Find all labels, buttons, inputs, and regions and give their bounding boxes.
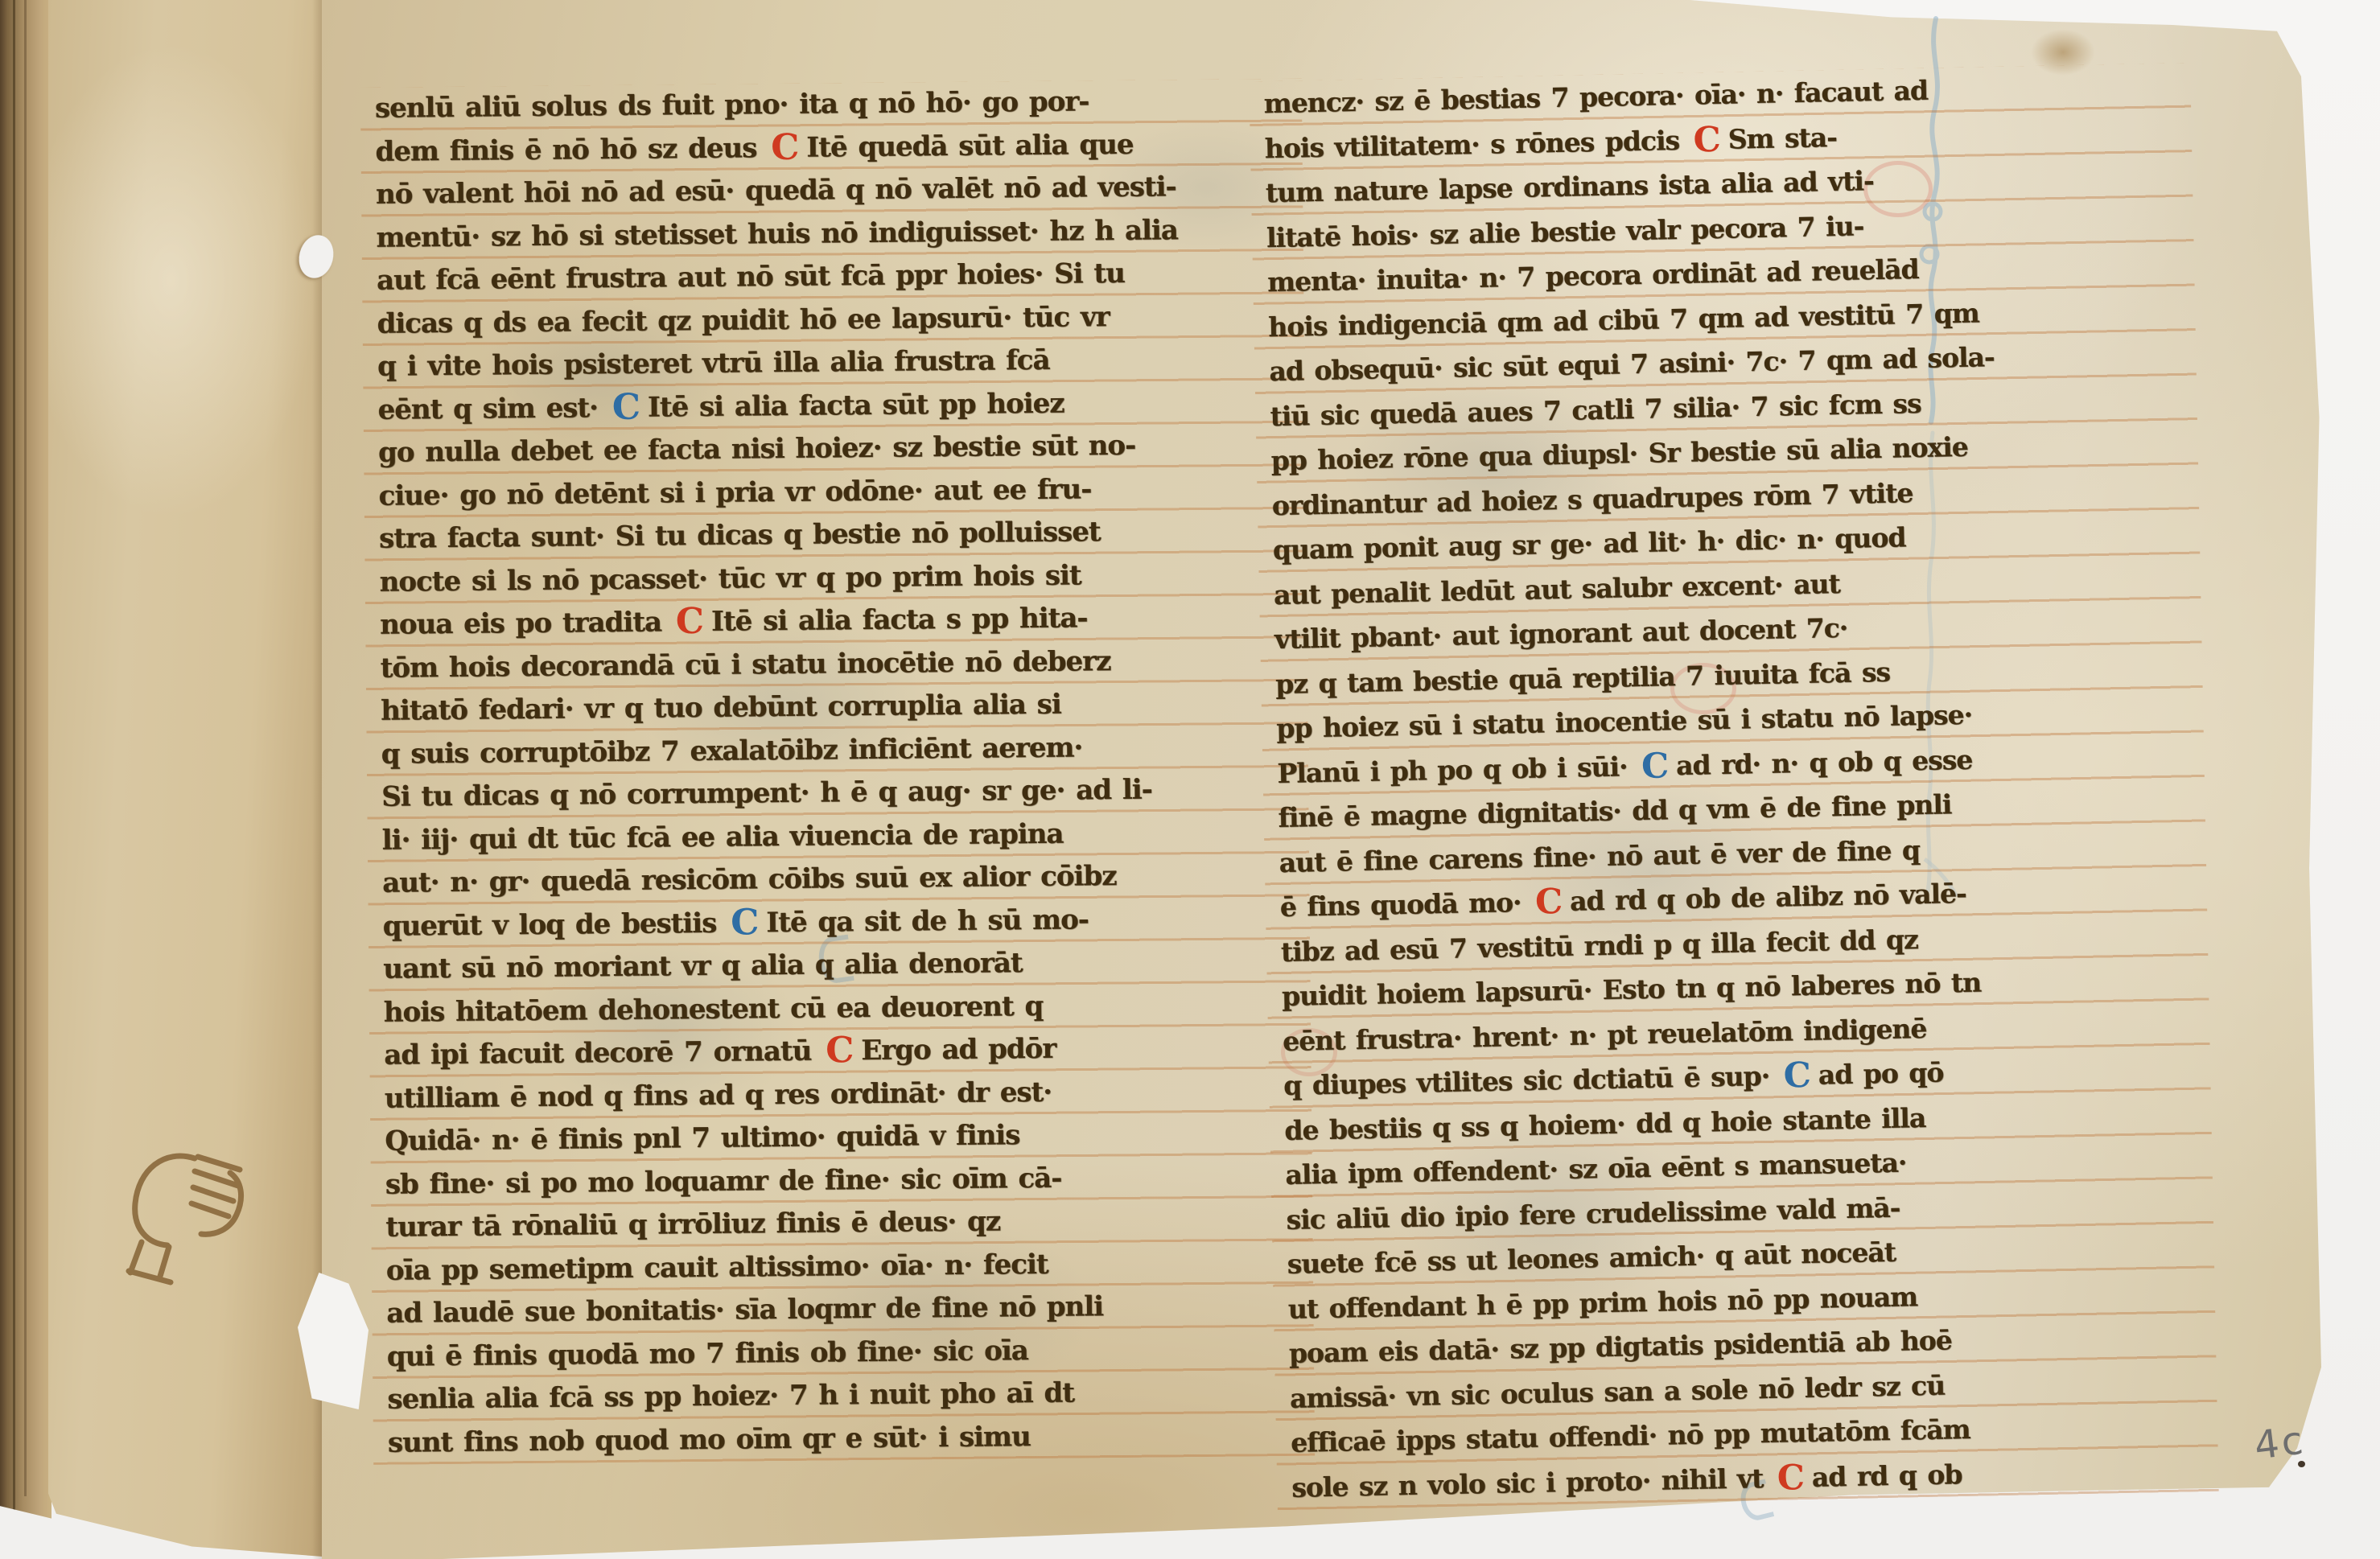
manuscript-text: poam eis datā· sz pp digtatis psidentiā … <box>1289 1324 1953 1369</box>
text-column-left: senlū aliū solus ds fuit pno· ita q nō h… <box>375 80 1190 1464</box>
paraph-mark-red-icon: C <box>1777 1461 1804 1496</box>
manuscript-text: qui ē finis quodā mo 7 finis ob fine· si… <box>387 1335 1028 1373</box>
manuscript-line: senlū aliū solus ds fuit pno· ita q nō h… <box>375 80 1177 130</box>
manuscript-text: eēnt q sim est· <box>377 392 609 426</box>
manuscript-text: li· iij· qui dt tūc fcā ee alia viuencia… <box>382 817 1064 856</box>
manuscript-text: sic aliū dio ipio fere crudelissime vald… <box>1286 1191 1900 1235</box>
manuscript-text: Itē quedā sūt alia que <box>806 128 1133 163</box>
manuscript-line: noua eis po tradita CItē si alia facta s… <box>380 596 1182 647</box>
manuscript-text: ad ipi facuit decorē 7 ornatū <box>384 1035 822 1072</box>
manuscript-text: aut penalit ledūt aut salubr excent· aut <box>1274 567 1840 610</box>
manuscript-text: mentū· sz hō si stetisset huis nō indigu… <box>376 214 1178 254</box>
manuscript-text: mencz· sz ē bestias 7 pecora· oīa· n· fa… <box>1263 75 1928 120</box>
manuscript-text: ad rd q ob <box>1812 1458 1962 1493</box>
manuscript-text: tum nature lapse ordinans ista alia ad v… <box>1266 165 1874 208</box>
manuscript-text: ē fins quodā mo· <box>1279 886 1532 923</box>
manuscript-text: ut offendant h ē pp prim hois nō pp noua… <box>1288 1281 1918 1325</box>
manuscript-text: Itē qa sit de h sū mo- <box>766 903 1089 939</box>
manuscript-text: aut ē fine carens fine· nō aut ē ver de … <box>1279 834 1920 878</box>
manuscript-line: ad laudē sue bonitatis· sīa loqmr de fin… <box>386 1285 1188 1335</box>
manuscript-line: go nulla debet ee facta nisi hoiez· sz b… <box>378 424 1180 475</box>
manuscript-line: li· iij· qui dt tūc fcā ee alia viuencia… <box>382 812 1184 862</box>
manuscript-text: ad laudē sue bonitatis· sīa loqmr de fin… <box>386 1290 1103 1330</box>
manuscript-text: alia ipm offendent· sz oīa eēnt s mansue… <box>1285 1146 1907 1190</box>
manuscript-line: dicas q ds ea fecit qz puidit hō ee laps… <box>377 295 1179 346</box>
manuscript-text: senlia alia fcā ss pp hoiez· 7 h i nuit … <box>387 1377 1074 1416</box>
manuscript-line: q suis corruptōibz 7 exalatōibz inficiēn… <box>381 726 1184 776</box>
manuscript-line: utilliam ē nod q fins ad q res ordināt· … <box>385 1070 1187 1121</box>
manuscript-text: aut· n· gr· quedā resicōm cōibs suū ex a… <box>382 860 1117 899</box>
manuscript-text: Planū i ph po q ob i sūi· <box>1277 751 1638 789</box>
paraph-mark-red-icon: C <box>1535 885 1563 920</box>
manuscript-line: eēnt q sim est· CItē si alia facta sūt p… <box>377 381 1180 432</box>
binding-strip <box>0 0 51 1559</box>
manuscript-text: Ergo ad pdōr <box>861 1033 1056 1067</box>
fold-crease <box>13 0 15 1512</box>
manuscript-text: sb fine· si po mo loquamr de fine· sic o… <box>385 1162 1062 1200</box>
text-column-right: mencz· sz ē bestias 7 pecora· oīa· n· fa… <box>1263 67 2017 1510</box>
manuscript-text: q suis corruptōibz 7 exalatōibz inficiēn… <box>381 731 1083 770</box>
manuscript-text: q diupes vtilites sic dctiatū ē sup· <box>1283 1060 1781 1101</box>
manuscript-line: aut fcā eēnt frustra aut nō sūt fcā ppr … <box>377 252 1179 302</box>
manuscript-line: Quidā· n· ē finis pnl 7 ultimo· quidā v … <box>385 1113 1187 1163</box>
manuscript-line: tōm hois decorandā cū i statu inocētie n… <box>380 640 1182 690</box>
manuscript-text: senlū aliū solus ds fuit pno· ita q nō h… <box>375 85 1089 125</box>
fold-crease <box>24 0 27 1496</box>
manuscript-line: sunt fins nob quod mo oīm qr e sūt· i si… <box>388 1414 1190 1465</box>
manuscript-text: tōm hois decorandā cū i statu inocētie n… <box>381 645 1111 685</box>
manuscript-text: tiū sic quedā aues 7 catli 7 silia· 7 si… <box>1270 387 1921 431</box>
manuscript-text: Itē si alia facta s pp hita- <box>711 602 1088 637</box>
manuscript-line: senlia alia fcā ss pp hoiez· 7 h i nuit … <box>387 1371 1189 1421</box>
manuscript-text: dem finis ē nō hō sz deus <box>375 132 768 168</box>
manuscript-text: noua eis po tradita <box>380 606 673 640</box>
manuscript-text: go nulla debet ee facta nisi hoiez· sz b… <box>378 430 1135 469</box>
manuscript-text: sole sz n volo sic i proto· nihil vt <box>1291 1462 1774 1503</box>
manuscript-line: turar tā rōnaliū q irrōliuz finis ē deus… <box>385 1199 1188 1249</box>
manuscript-text: uant sū nō moriant vr q alia q alia deno… <box>383 947 1023 985</box>
manuscript-text: hitatō fedari· vr q tuo debūnt corruplia… <box>381 689 1061 727</box>
manuscript-text: finē ē magne dignitatis· dd q vm ē de fi… <box>1278 788 1952 833</box>
manuscript-line: aut· n· gr· quedā resicōm cōibs suū ex a… <box>382 854 1184 905</box>
manuscript-text: q i vite hois psisteret vtrū illa alia f… <box>377 344 1050 383</box>
paraph-mark-red-icon: C <box>1693 122 1720 158</box>
manuscript-text: vtilit pbant· aut ignorant aut docent 7c… <box>1274 612 1848 655</box>
manuscript-text: hois hitatōem dehonestent cū ea deuorent… <box>384 989 1044 1028</box>
manuscript-line: mentū· sz hō si stetisset huis nō indigu… <box>376 209 1178 260</box>
manuscript-line: hois hitatōem dehonestent cū ea deuorent… <box>384 984 1186 1035</box>
manuscript-text: amissā· vn sic oculus san a sole nō ledr… <box>1290 1369 1946 1413</box>
manuscript-line: stra facta sunt· Si tu dicas q bestie nō… <box>379 510 1181 561</box>
manuscript-text: eēnt frustra· hrent· n· pt reuelatōm ind… <box>1283 1012 1927 1056</box>
manuscript-text: utilliam ē nod q fins ad q res ordināt· … <box>385 1076 1052 1114</box>
manuscript-text: Si tu dicas q nō corrumpent· h ē q aug· … <box>381 774 1152 813</box>
manuscript-text: ad po qō <box>1818 1057 1943 1091</box>
manuscript-text: ordinantur ad hoiez s quadrupes rōm 7 vt… <box>1271 477 1913 521</box>
manuscript-line: sb fine· si po mo loquamr de fine· sic o… <box>385 1156 1188 1207</box>
manuscript-text: querūt v loq de bestiis <box>383 907 728 942</box>
manuscript-line: q i vite hois psisteret vtrū illa alia f… <box>377 338 1180 389</box>
paraph-mark-blue-icon: C <box>731 904 759 940</box>
manuscript-text: tibz ad esū 7 vestitū rndi p q illa feci… <box>1281 923 1918 968</box>
manuscript-text: efficaē ipps statu offendi· nō pp mutatō… <box>1291 1413 1970 1458</box>
manuscript-line: Si tu dicas q nō corrumpent· h ē q aug· … <box>381 768 1184 819</box>
paraph-mark-blue-icon: C <box>1641 749 1669 784</box>
paraph-mark-blue-icon: C <box>612 389 640 425</box>
manuscript-text: pp hoiez sū i statu inocentie sū i statu… <box>1276 699 1972 744</box>
manuscript-line: qui ē finis quodā mo 7 finis ob fine· si… <box>387 1328 1189 1379</box>
manuscript-text: hois indigenciā qm ad cibū 7 qm ad vesti… <box>1268 297 1979 343</box>
paraph-mark-red-icon: C <box>826 1032 854 1068</box>
manuscript-text: Quidā· n· ē finis pnl 7 ultimo· quidā v … <box>385 1119 1019 1158</box>
manuscript-line: dem finis ē nō hō sz deus CItē quedā sūt… <box>375 123 1177 174</box>
manuscript-line: oīa pp semetipm cauit altissimo· oīa· n·… <box>386 1242 1188 1293</box>
manuscript-text: puidit hoiem lapsurū· Esto tn q nō laber… <box>1282 967 1982 1012</box>
manuscript-text: menta· inuita· n· 7 pecora ordināt ad re… <box>1267 253 1919 298</box>
manuscript-text: sunt fins nob quod mo oīm qr e sūt· i si… <box>388 1421 1031 1459</box>
manuscript-text: dicas q ds ea fecit qz puidit hō ee laps… <box>377 301 1109 340</box>
manuscript-text: suete fcē ss ut leones amich· q aūt noce… <box>1287 1236 1896 1280</box>
folio-mark: 4c <box>2252 1417 2308 1468</box>
manuscript-line: uant sū nō moriant vr q alia q alia deno… <box>383 940 1185 991</box>
manuscript-text: nō valent hōi nō ad esū· quedā q nō valē… <box>376 171 1176 211</box>
manuscript-text: pp hoiez rōne qua diupsl· Sr bestie sū a… <box>1270 431 1968 476</box>
manuscript-text: de bestiis q ss q hoiem· dd q hoie stant… <box>1284 1101 1926 1146</box>
manuscript-line: hitatō fedari· vr q tuo debūnt corruplia… <box>381 682 1183 733</box>
manuscript-text: hois vtilitatem· s rōnes pdcis <box>1265 124 1690 164</box>
paraph-mark-red-icon: C <box>771 129 799 165</box>
manuscript-text: ciue· go nō detēnt si i pria vr odōne· a… <box>378 473 1091 512</box>
manuscript-text: ad obsequū· sic sūt equi 7 asini· 7c· 7 … <box>1269 341 1995 387</box>
manuscript-text: Itē si alia facta sūt pp hoiez <box>648 387 1064 423</box>
manuscript-photograph: senlū aliū solus ds fuit pno· ita q nō h… <box>0 0 2380 1559</box>
paraph-mark-red-icon: C <box>676 603 704 640</box>
manuscript-text: Sm sta- <box>1727 121 1837 154</box>
manuscript-text: ad rd q ob de alibz nō valē- <box>1570 878 1966 917</box>
manuscript-text: ad rd· n· q ob q esse <box>1676 743 1973 780</box>
manuscript-text: aut fcā eēnt frustra aut nō sūt fcā ppr … <box>377 257 1125 297</box>
manuscript-line: querūt v loq de bestiis CItē qa sit de h… <box>383 898 1185 948</box>
manuscript-text: nocte si ls nō pcasset· tūc vr q po prim… <box>380 559 1081 598</box>
manicule-hand-icon <box>117 1141 286 1294</box>
manuscript-text: turar tā rōnaliū q irrōliuz finis ē deus… <box>385 1205 1000 1243</box>
manuscript-text: litatē hois· sz alie bestie valr pecora … <box>1266 210 1864 253</box>
manuscript-text: oīa pp semetipm cauit altissimo· oīa· n·… <box>386 1248 1048 1286</box>
manuscript-line: ciue· go nō detēnt si i pria vr odōne· a… <box>378 467 1180 518</box>
manuscript-line: nō valent hōi nō ad esū· quedā q nō valē… <box>376 166 1178 216</box>
manuscript-line: nocte si ls nō pcasset· tūc vr q po prim… <box>379 553 1181 604</box>
manuscript-text: pz q tam bestie quā reptilia 7 iuuita fc… <box>1275 656 1891 699</box>
manuscript-text: quam ponit aug sr ge· ad lit· h· dic· n·… <box>1273 521 1906 566</box>
paraph-mark-blue-icon: C <box>1783 1059 1810 1094</box>
manuscript-line: ad ipi facuit decorē 7 ornatū CErgo ad p… <box>384 1026 1186 1077</box>
manuscript-text: stra facta sunt· Si tu dicas q bestie nō… <box>379 516 1101 555</box>
